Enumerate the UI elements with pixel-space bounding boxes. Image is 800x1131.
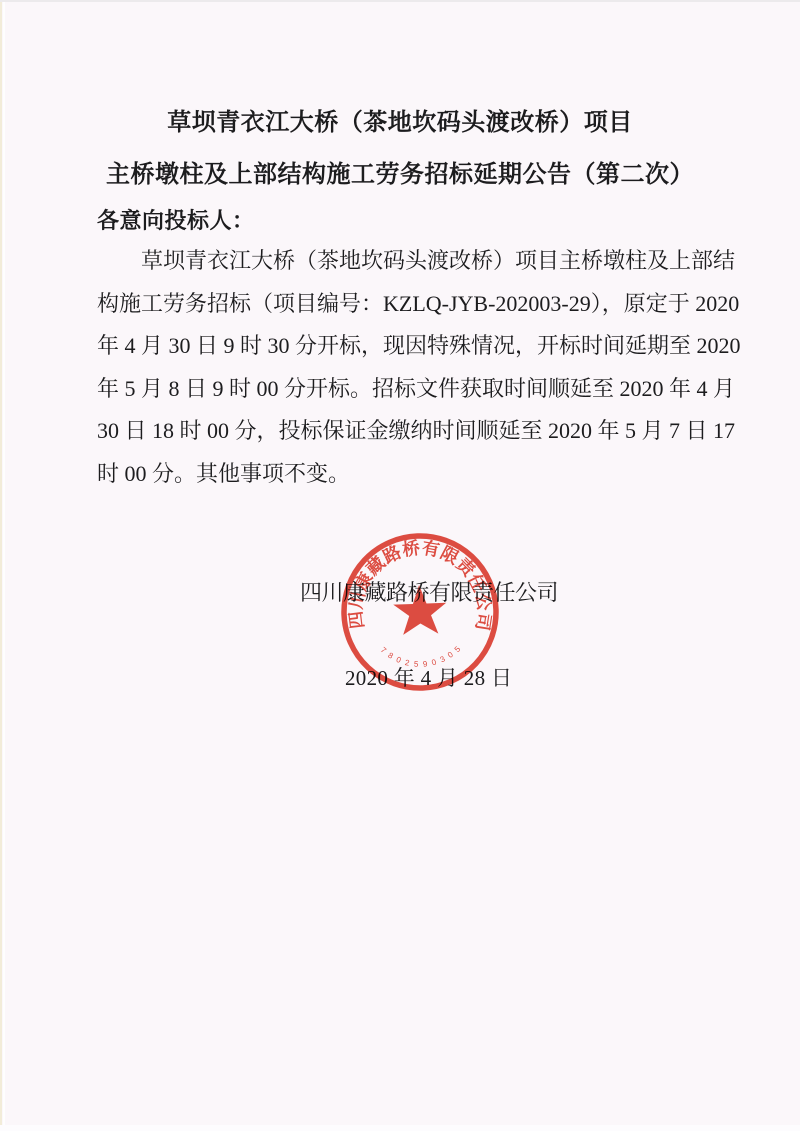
body-line: 30 日 18 时 00 分，投标保证金缴纳时间顺延至 2020 年 5 月 7… (97, 410, 716, 453)
scan-edge-bottom-strip (0, 1125, 800, 1131)
body-line: 年 4 月 30 日 9 时 30 分开标，现因特殊情况，开标时间延期至 202… (97, 325, 716, 368)
document-title-line2: 主桥墩柱及上部结构施工劳务招标延期公告（第二次） (0, 160, 800, 191)
company-seal-stamp: 四川康藏路桥有限责任公司 7802590305 (329, 521, 511, 703)
star-icon (393, 584, 448, 635)
body-paragraph: 草坝青衣江大桥（茶地坎码头渡改桥）项目主桥墩柱及上部结 构施工劳务招标（项目编号… (97, 240, 716, 495)
announcement-page: 草坝青衣江大桥（茶地坎码头渡改桥）项目 主桥墩柱及上部结构施工劳务招标延期公告（… (0, 0, 800, 1131)
body-line: 时 00 分。其他事项不变。 (97, 453, 716, 496)
document-title-line1: 草坝青衣江大桥（茶地坎码头渡改桥）项目 (0, 108, 800, 139)
scan-edge-top-line (0, 0, 800, 2)
body-line: 草坝青衣江大桥（茶地坎码头渡改桥）项目主桥墩柱及上部结 (97, 240, 716, 283)
body-line: 构施工劳务招标（项目编号：KZLQ-JYB-202003-29），原定于 202… (97, 283, 716, 326)
salutation: 各意向投标人： (97, 204, 255, 235)
body-line: 年 5 月 8 日 9 时 00 分开标。招标文件获取时间顺延至 2020 年 … (97, 368, 716, 411)
seal-code: 7802590305 (379, 641, 467, 671)
